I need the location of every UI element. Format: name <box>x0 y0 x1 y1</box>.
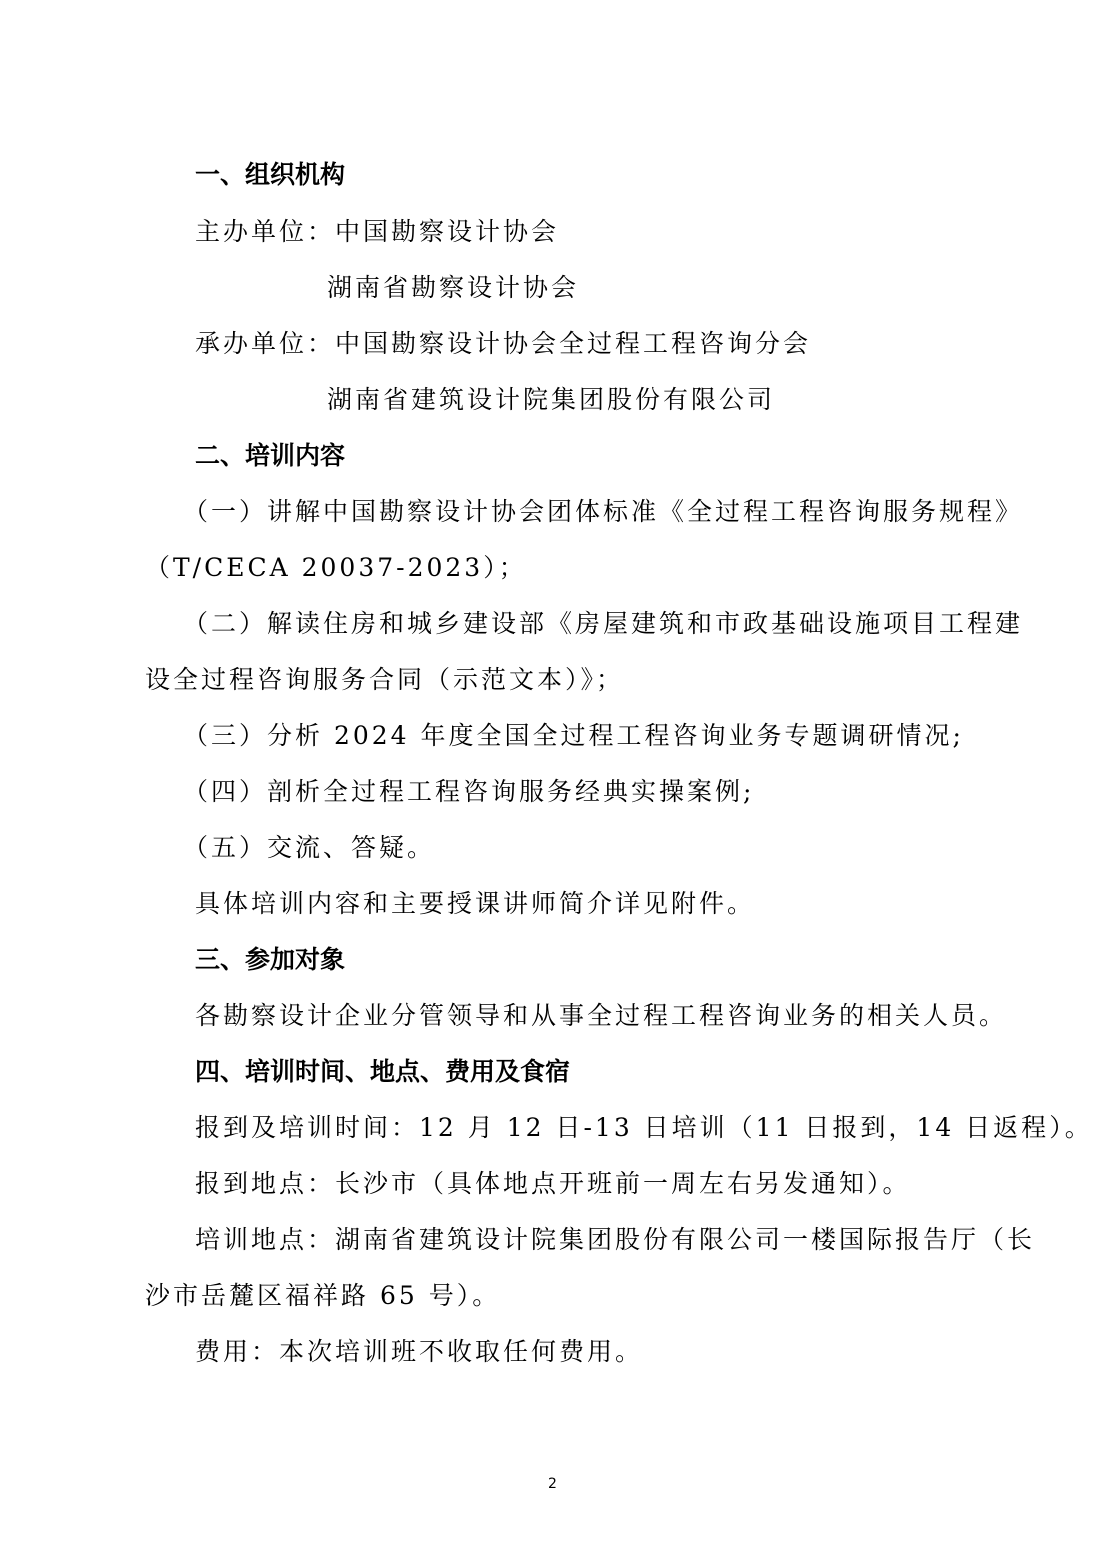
training-location-cont: 沙市岳麓区福祥路 65 号）。 <box>145 1281 500 1311</box>
content-note: 具体培训内容和主要授课讲师简介详见附件。 <box>195 889 755 919</box>
content-item-1-cont: （T/CECA 20037-2023）； <box>145 553 527 583</box>
content-item-1: （一）讲解中国勘察设计协会团体标准《全过程工程咨询服务规程》 <box>183 497 1023 527</box>
content-item-4: （四）剖析全过程工程咨询服务经典实操案例; <box>183 777 754 807</box>
host-unit-line-2: 湖南省勘察设计协会 <box>327 273 579 303</box>
page-number: 2 <box>548 1475 557 1493</box>
content-item-2: （二）解读住房和城乡建设部《房屋建筑和市政基础设施项目工程建 <box>183 609 1023 639</box>
organizer-unit-line-2: 湖南省建筑设计院集团股份有限公司 <box>327 385 775 415</box>
content-item-5: （五）交流、答疑。 <box>183 833 435 863</box>
participants-text: 各勘察设计企业分管领导和从事全过程工程咨询业务的相关人员。 <box>195 1001 1007 1031</box>
host-unit-line: 主办单位：中国勘察设计协会 <box>195 217 559 247</box>
training-location: 培训地点：湖南省建筑设计院集团股份有限公司一楼国际报告厅（长 <box>195 1225 1035 1255</box>
section-heading-participants: 三、参加对象 <box>195 945 345 975</box>
content-item-2-cont: 设全过程咨询服务合同（示范文本）》； <box>145 665 624 695</box>
content-item-3: （三）分析 2024 年度全国全过程工程咨询业务专题调研情况; <box>183 721 964 751</box>
section-heading-organization: 一、组织机构 <box>195 160 345 190</box>
registration-time: 报到及培训时间：12 月 12 日-13 日培训（11 日报到，14 日返程）。 <box>195 1113 1093 1143</box>
section-heading-training-content: 二、培训内容 <box>195 441 345 471</box>
registration-location: 报到地点：长沙市（具体地点开班前一周左右另发通知）。 <box>195 1169 911 1199</box>
fee-text: 费用：本次培训班不收取任何费用。 <box>195 1337 643 1367</box>
document-page: 一、组织机构 主办单位：中国勘察设计协会 湖南省勘察设计协会 承办单位：中国勘察… <box>0 0 1105 1567</box>
organizer-unit-line: 承办单位：中国勘察设计协会全过程工程咨询分会 <box>195 329 811 359</box>
section-heading-time-location: 四、培训时间、地点、费用及食宿 <box>195 1057 570 1087</box>
